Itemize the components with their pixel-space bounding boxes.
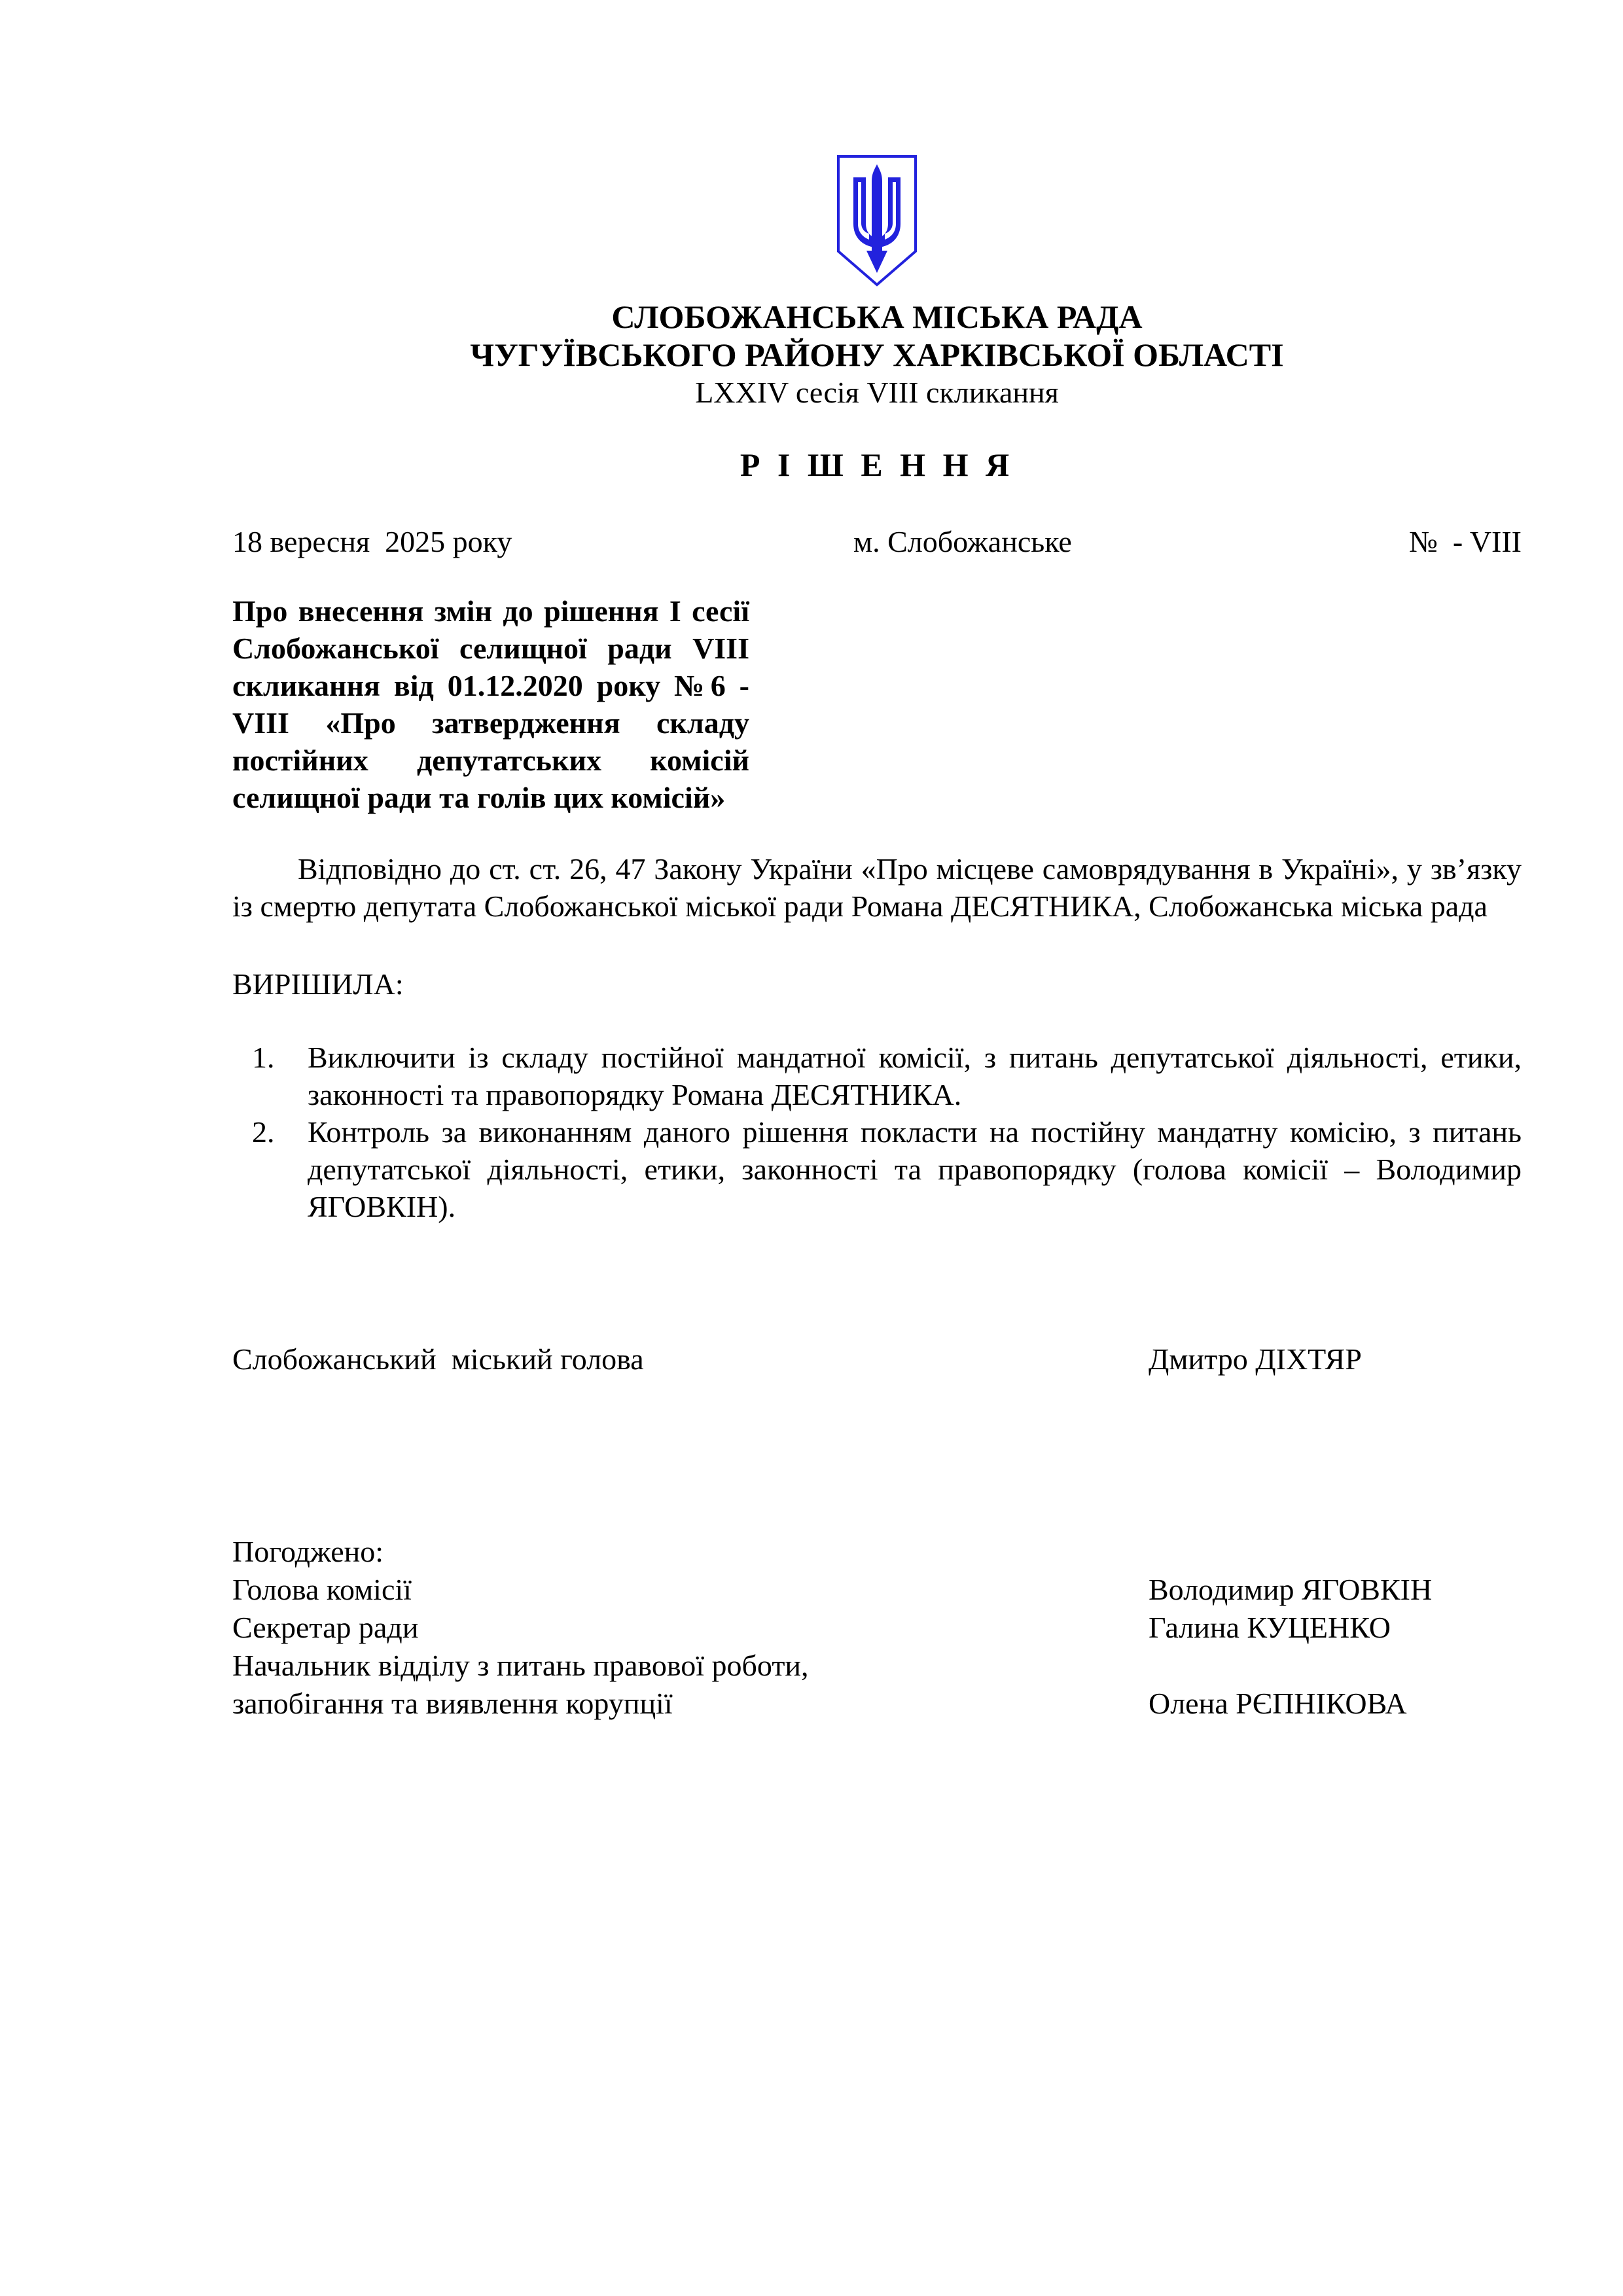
- approvals-block: Погоджено: Голова комісії Володимир ЯГОВ…: [232, 1533, 1522, 1723]
- approval-title: запобігання та виявлення корупції: [232, 1685, 1149, 1723]
- approval-row: Начальник відділу з питань правової робо…: [232, 1647, 1522, 1685]
- approvals-label: Погоджено:: [232, 1533, 1522, 1571]
- document-type-title: Р І Ш Е Н Н Я: [232, 446, 1522, 484]
- approval-row: Секретар ради Галина КУЦЕНКО: [232, 1609, 1522, 1647]
- resolution-item-text: Контроль за виконанням даного рішення по…: [308, 1113, 1522, 1225]
- resolution-item-number: 2.: [232, 1113, 308, 1225]
- approval-name: Володимир ЯГОВКІН: [1149, 1571, 1522, 1609]
- document-page: СЛОБОЖАНСЬКА МІСЬКА РАДА ЧУГУЇВСЬКОГО РА…: [0, 0, 1623, 2296]
- ukraine-trident-emblem: [834, 152, 920, 289]
- resolution-item: 1. Виключити із складу постійної мандатн…: [232, 1039, 1522, 1113]
- resolved-label: ВИРІШИЛА:: [232, 965, 1522, 1003]
- approval-name: Олена РЄПНІКОВА: [1149, 1685, 1522, 1723]
- org-name-line1: СЛОБОЖАНСЬКА МІСЬКА РАДА: [232, 298, 1522, 336]
- meta-row: 18 вересня 2025 року м. Слобожанське № -…: [232, 523, 1522, 561]
- approval-row: запобігання та виявлення корупції Олена …: [232, 1685, 1522, 1723]
- approval-name: Галина КУЦЕНКО: [1149, 1609, 1522, 1647]
- preamble-paragraph: Відповідно до ст. ст. 26, 47 Закону Укра…: [232, 850, 1522, 925]
- resolution-item: 2. Контроль за виконанням даного рішення…: [232, 1113, 1522, 1225]
- approval-name: [1149, 1647, 1522, 1685]
- approval-title: Начальник відділу з питань правової робо…: [232, 1647, 1149, 1685]
- signature-title: Слобожанський міський голова: [232, 1340, 1149, 1378]
- trident-base-shape: [866, 251, 887, 273]
- approval-row: Голова комісії Володимир ЯГОВКІН: [232, 1571, 1522, 1609]
- emblem-container: [232, 152, 1522, 289]
- signature-name: Дмитро ДІХТЯР: [1149, 1340, 1522, 1378]
- signature-row: Слобожанський міський голова Дмитро ДІХТ…: [232, 1340, 1522, 1378]
- session-line: LXXIV сесія VIII скликання: [232, 374, 1522, 412]
- document-number: № - VIII: [1409, 523, 1522, 561]
- resolution-item-text: Виключити із складу постійної мандатної …: [308, 1039, 1522, 1113]
- document-place: м. Слобожанське: [853, 523, 1072, 561]
- subject-paragraph: Про внесення змін до рішення І сесії Сло…: [232, 592, 749, 816]
- approval-title: Голова комісії: [232, 1571, 1149, 1609]
- approval-title: Секретар ради: [232, 1609, 1149, 1647]
- resolution-list: 1. Виключити із складу постійної мандатн…: [232, 1039, 1522, 1225]
- document-date: 18 вересня 2025 року: [232, 523, 512, 561]
- org-name-line2: ЧУГУЇВСЬКОГО РАЙОНУ ХАРКІВСЬКОЇ ОБЛАСТІ: [232, 336, 1522, 374]
- resolution-item-number: 1.: [232, 1039, 308, 1113]
